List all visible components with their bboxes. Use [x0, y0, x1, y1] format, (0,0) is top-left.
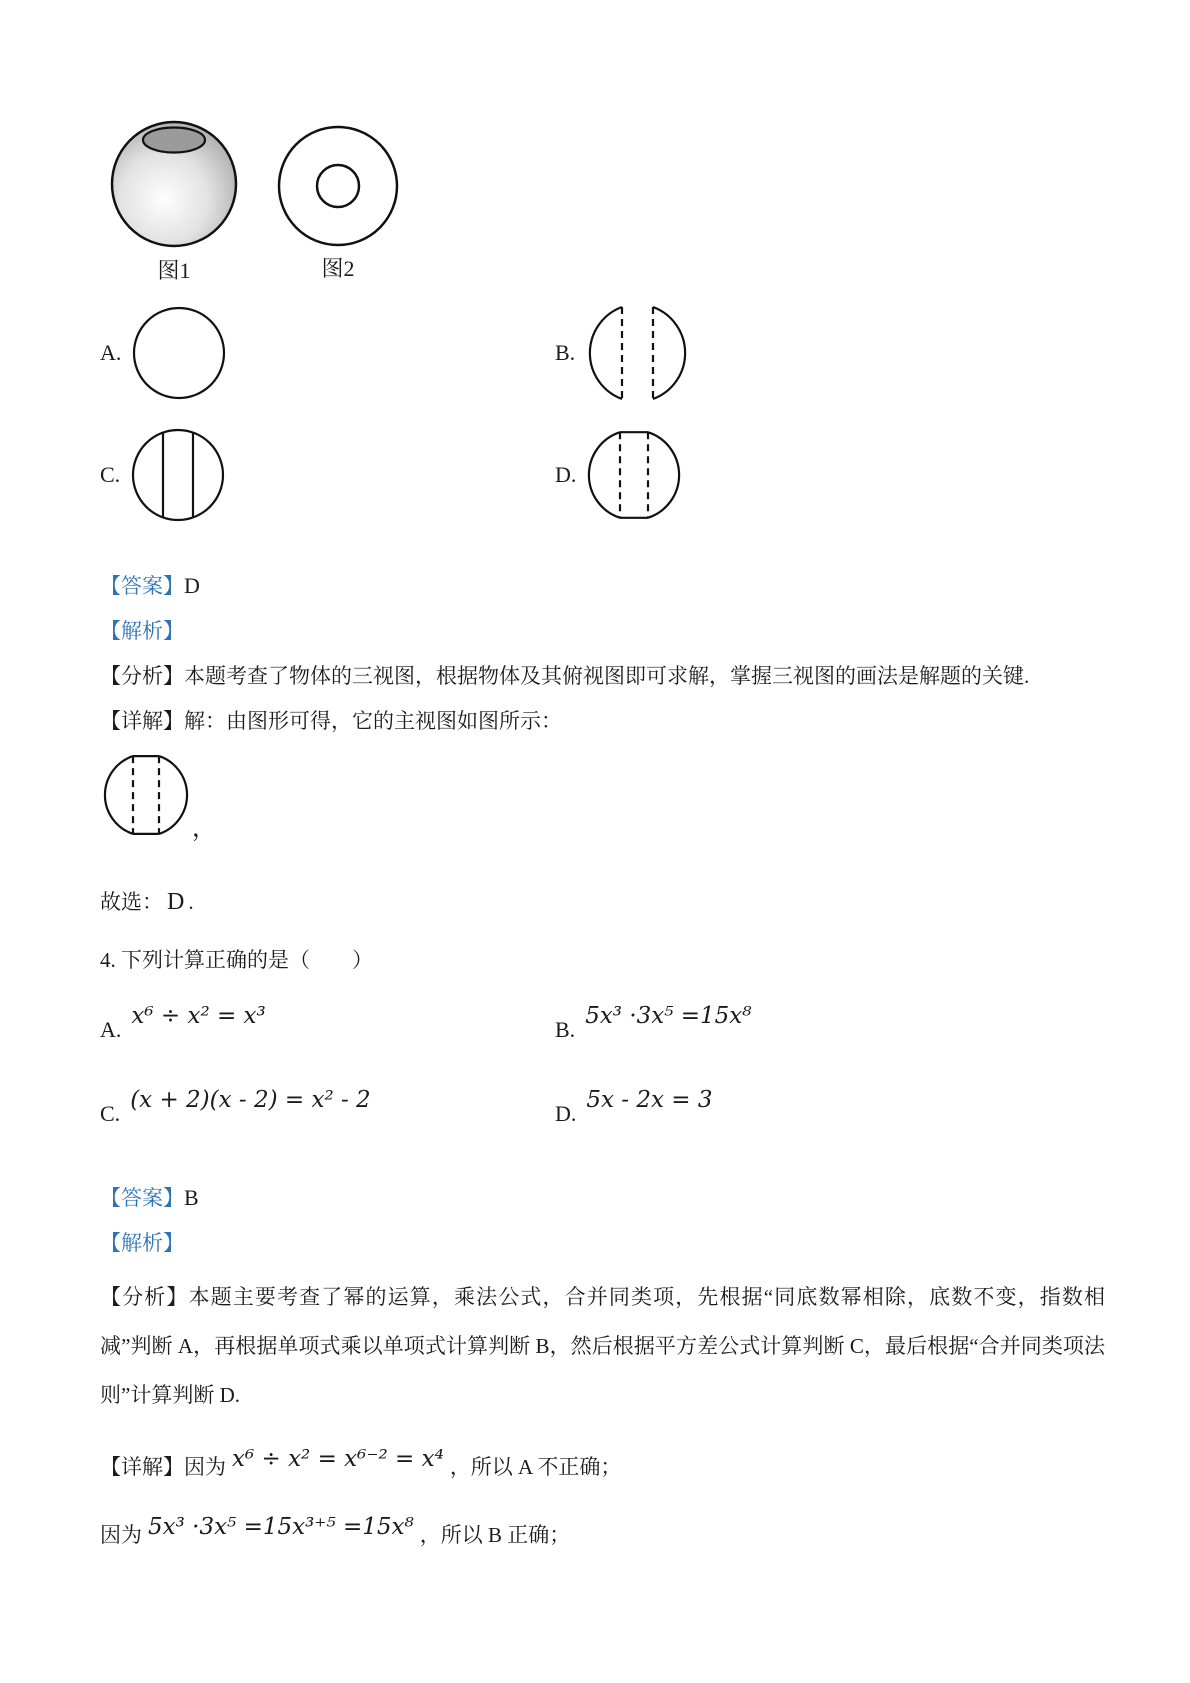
question4-title: 4. 下列计算正确的是（ ） [100, 945, 1105, 975]
sphere-with-hole-figure [108, 118, 240, 250]
detail-b-prefix: 因为 [100, 1514, 142, 1556]
q4-option-b-label: B. [555, 1017, 575, 1043]
detail-a-prefix: 因为 [184, 1446, 226, 1488]
question3-answer-line: 【答案】D [100, 571, 1105, 601]
answer-tag: 【答案】 [100, 574, 184, 598]
option-c-figure [130, 427, 226, 523]
q4-option-c-label: C. [100, 1101, 120, 1127]
question3-option-d: D. [555, 427, 682, 523]
q4-option-b-formula: 5x³ ·3x⁵ =15x⁸ [585, 1003, 751, 1029]
conclusion-prefix: 故选： [100, 890, 163, 914]
option-c-label: C. [100, 462, 120, 488]
option-b-label: B. [555, 340, 575, 366]
option-a-label: A. [100, 340, 121, 366]
conclusion-answer: D [163, 889, 188, 915]
document-page: 图1 图2 A. B. [0, 0, 1190, 1683]
question3-option-row-2: C. D. [100, 427, 1105, 523]
detail-a-formula: x⁶ ÷ x² = x⁶⁻² = x⁴ [232, 1438, 444, 1480]
question3-answer-value: D [184, 573, 200, 598]
question3-option-a: A. [100, 305, 555, 401]
jiexi-tag: 【解析】 [100, 619, 184, 643]
question3-fenxi-line: 【分析】本题考查了物体的三视图，根据物体及其俯视图即可求解，掌握三视图的画法是解… [100, 661, 1105, 691]
fenxi-tag: 【分析】 [100, 664, 184, 688]
detail-a-suffix: ，所以 A 不正确； [450, 1446, 622, 1488]
question4-detail-line-b: 因为5x³ ·3x⁵ =15x³⁺⁵ =15x⁸，所以 B 正确； [100, 1514, 1105, 1556]
xiangjie-tag: 【详解】 [100, 1446, 184, 1488]
answer-tag: 【答案】 [100, 1186, 184, 1210]
question4-option-row-2: C. (x + 2)(x - 2) = x² - 2 D. 5x - 2x = … [100, 1085, 1105, 1143]
question3-detail-figure-row: ， [102, 751, 1105, 839]
question4-detail-line-a: 【详解】因为x⁶ ÷ x² = x⁶⁻² = x⁴，所以 A 不正确； [100, 1446, 1105, 1488]
option-a-figure [131, 305, 227, 401]
q4-option-a-formula: x⁶ ÷ x² = x³ [131, 1003, 265, 1029]
top-view-figure [276, 124, 400, 248]
q4-option-d-label: D. [555, 1101, 576, 1127]
question3-jiexi-line: 【解析】 [100, 616, 1105, 646]
xiangjie-tag: 【详解】 [100, 709, 184, 733]
q4-option-a-label: A. [100, 1017, 121, 1043]
question4-option-a: A. x⁶ ÷ x² = x³ [100, 1001, 555, 1043]
option-d-label: D. [555, 462, 576, 488]
question4-jiexi-line: 【解析】 [100, 1228, 1105, 1258]
question3-xiangjie-text: 解：由图形可得，它的主视图如图所示： [184, 709, 562, 733]
figure-comma: ， [192, 819, 216, 839]
figure2-block: 图2 [276, 124, 400, 283]
question4-answer-line: 【答案】B [100, 1183, 1105, 1213]
question4-fenxi-text: 本题主要考查了幂的运算，乘法公式，合并同类项，先根据“同底数幂相除，底数不变，指… [100, 1285, 1105, 1407]
question3-option-c: C. [100, 427, 555, 523]
question3-xiangjie-line: 【详解】解：由图形可得，它的主视图如图所示： [100, 706, 1105, 736]
question3-option-b: B. [555, 305, 690, 401]
question3-option-row-1: A. B. [100, 305, 1105, 401]
conclusion-period: . [188, 890, 193, 914]
detail-b-suffix: ，所以 B 正确； [420, 1514, 571, 1556]
question3-fenxi-text: 本题考查了物体的三视图，根据物体及其俯视图即可求解，掌握三视图的画法是解题的关键… [184, 664, 1029, 688]
option-b-figure [585, 305, 690, 401]
question4-option-c: C. (x + 2)(x - 2) = x² - 2 [100, 1085, 555, 1127]
q4-option-d-formula: 5x - 2x = 3 [586, 1087, 712, 1113]
detail-b-formula: 5x³ ·3x⁵ =15x³⁺⁵ =15x⁸ [148, 1506, 414, 1548]
jiexi-tag: 【解析】 [100, 1231, 184, 1255]
fenxi-tag: 【分析】 [100, 1285, 189, 1309]
question4-fenxi-paragraph: 【分析】本题主要考查了幂的运算，乘法公式，合并同类项，先根据“同底数幂相除，底数… [100, 1273, 1105, 1420]
question3-conclusion-line: 故选：D. [100, 887, 1105, 917]
q4-option-c-formula: (x + 2)(x - 2) = x² - 2 [130, 1087, 371, 1113]
front-view-figure [102, 751, 190, 839]
figure1-block: 图1 [108, 118, 240, 285]
figure1-label: 图1 [157, 254, 190, 285]
question4-option-d: D. 5x - 2x = 3 [555, 1085, 713, 1127]
question4-answer-value: B [184, 1185, 199, 1210]
option-d-figure [586, 427, 682, 523]
question3-stem-figures: 图1 图2 [108, 118, 1105, 285]
question4-option-b: B. 5x³ ·3x⁵ =15x⁸ [555, 1001, 752, 1043]
question4-option-row-1: A. x⁶ ÷ x² = x³ B. 5x³ ·3x⁵ =15x⁸ [100, 1001, 1105, 1059]
figure2-label: 图2 [321, 252, 354, 283]
